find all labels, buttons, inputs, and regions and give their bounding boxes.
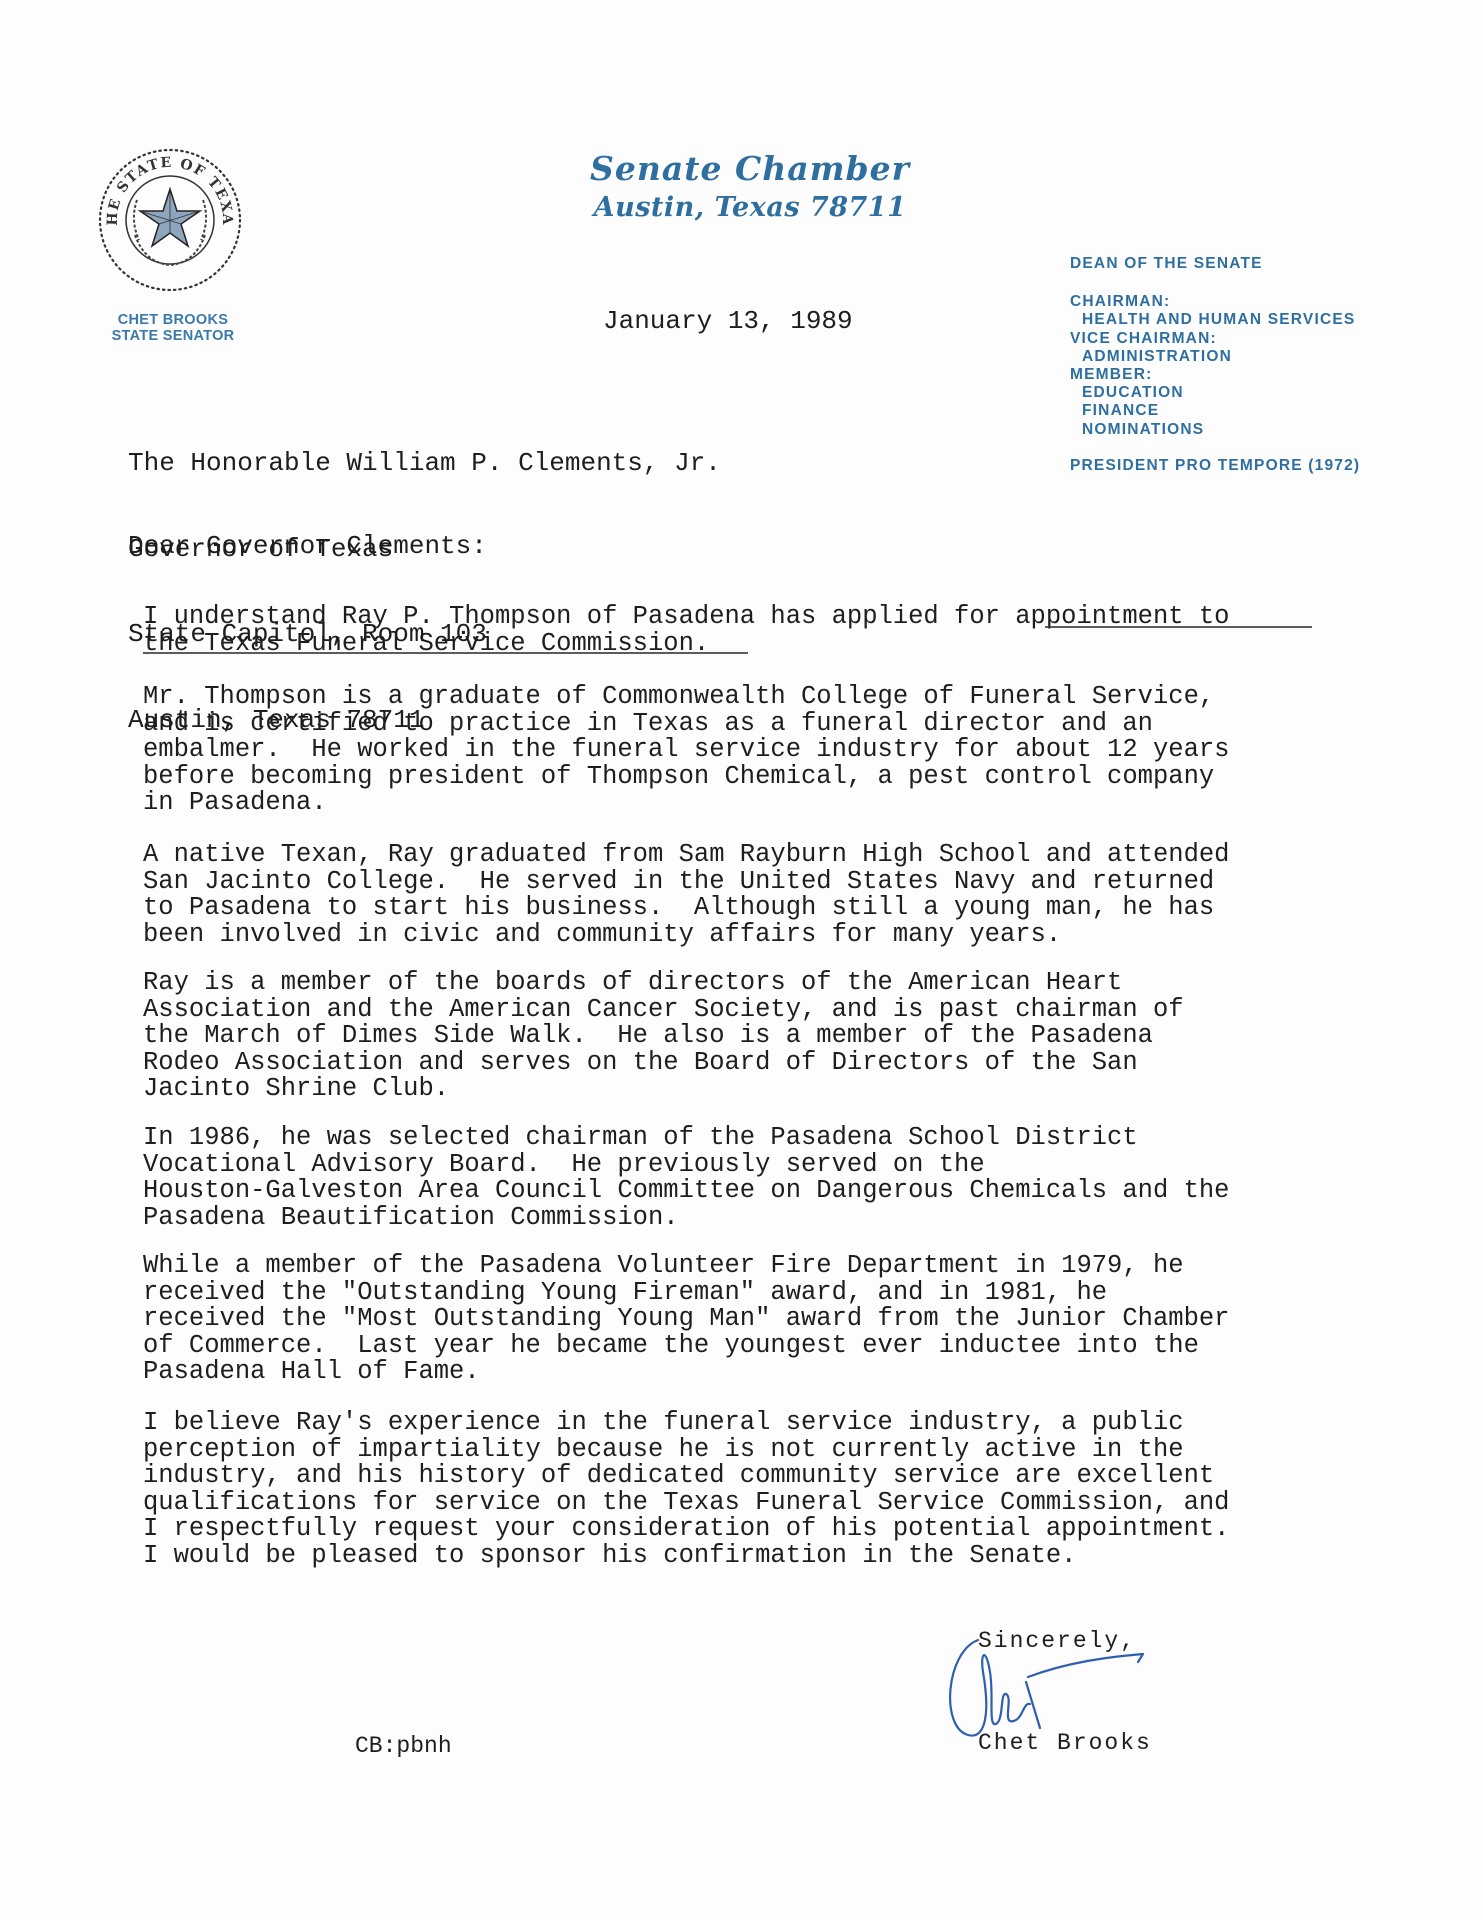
body-line: In 1986, he was selected chairman of the… <box>143 1125 1229 1152</box>
body-line: San Jacinto College. He served in the Un… <box>143 869 1229 896</box>
body-line: qualifications for service on the Texas … <box>143 1490 1229 1517</box>
member-committee: EDUCATION <box>1070 384 1360 402</box>
body-paragraph: Mr. Thompson is a graduate of Commonweal… <box>143 684 1229 817</box>
chairman-committee: HEALTH AND HUMAN SERVICES <box>1070 311 1360 329</box>
body-line: received the "Outstanding Young Fireman"… <box>143 1280 1229 1307</box>
signer-name: Chet Brooks <box>978 1730 1152 1757</box>
body-line: Ray is a member of the boards of directo… <box>143 970 1184 997</box>
member-label: MEMBER: <box>1070 366 1360 384</box>
body-line: Rodeo Association and serves on the Boar… <box>143 1050 1184 1077</box>
body-line: A native Texan, Ray graduated from Sam R… <box>143 842 1229 869</box>
body-line: Association and the American Cancer Soci… <box>143 997 1184 1024</box>
vice-chairman-label: VICE CHAIRMAN: <box>1070 330 1360 348</box>
member-committee: FINANCE <box>1070 402 1360 420</box>
body-line: Jacinto Shrine Club. <box>143 1076 1184 1103</box>
body-line: Pasadena Beautification Commission. <box>143 1205 1229 1232</box>
body-line: I believe Ray's experience in the funera… <box>143 1410 1229 1437</box>
address-line: The Honorable William P. Clements, Jr. <box>128 449 721 478</box>
reference-initials: CB:pbnh <box>355 1733 452 1760</box>
letter-page: THE STATE OF TEXAS CHET BROOKS STATE SEN… <box>0 0 1483 1920</box>
dean-title: DEAN OF THE SENATE <box>1070 255 1360 273</box>
body-paragraph: A native Texan, Ray graduated from Sam R… <box>143 842 1229 948</box>
letter-date: January 13, 1989 <box>603 308 853 335</box>
body-line: of Commerce. Last year he became the you… <box>143 1333 1229 1360</box>
body-line: While a member of the Pasadena Volunteer… <box>143 1253 1229 1280</box>
senator-roles: DEAN OF THE SENATE CHAIRMAN: HEALTH AND … <box>1070 255 1360 475</box>
body-line: before becoming president of Thompson Ch… <box>143 764 1229 791</box>
body-line: Pasadena Hall of Fame. <box>143 1359 1229 1386</box>
president-pro-tempore: PRESIDENT PRO TEMPORE (1972) <box>1070 457 1360 475</box>
body-line: in Pasadena. <box>143 790 1229 817</box>
masthead-address: Austin, Texas 78711 <box>590 190 910 226</box>
texas-seal-icon: THE STATE OF TEXAS <box>95 145 245 295</box>
body-line: Vocational Advisory Board. He previously… <box>143 1152 1229 1179</box>
member-committee: NOMINATIONS <box>1070 421 1360 439</box>
body-line: embalmer. He worked in the funeral servi… <box>143 737 1229 764</box>
vice-chairman-committee: ADMINISTRATION <box>1070 348 1360 366</box>
body-paragraph: I understand Ray P. Thompson of Pasadena… <box>143 604 1229 657</box>
body-paragraph: In 1986, he was selected chairman of the… <box>143 1125 1229 1231</box>
body-line: received the "Most Outstanding Young Man… <box>143 1306 1229 1333</box>
handwritten-underline <box>143 652 748 654</box>
body-line: and is certified to practice in Texas as… <box>143 711 1229 738</box>
body-line: perception of impartiality because he is… <box>143 1437 1229 1464</box>
senator-title: STATE SENATOR <box>88 328 258 344</box>
salutation: Dear Governor Clements: <box>128 533 487 560</box>
masthead-title: Senate Chamber <box>590 148 910 190</box>
body-line: industry, and his history of dedicated c… <box>143 1463 1229 1490</box>
body-line: Houston-Galveston Area Council Committee… <box>143 1178 1229 1205</box>
letterhead-masthead: Senate Chamber Austin, Texas 78711 <box>590 148 910 226</box>
senator-name: CHET BROOKS <box>88 312 258 328</box>
body-paragraph: I believe Ray's experience in the funera… <box>143 1410 1229 1569</box>
body-line: the March of Dimes Side Walk. He also is… <box>143 1023 1184 1050</box>
chairman-label: CHAIRMAN: <box>1070 293 1360 311</box>
body-line: I would be pleased to sponsor his confir… <box>143 1543 1229 1570</box>
body-line: I respectfully request your consideratio… <box>143 1516 1229 1543</box>
body-line: to Pasadena to start his business. Altho… <box>143 895 1229 922</box>
senator-identification: CHET BROOKS STATE SENATOR <box>88 312 258 344</box>
body-paragraph: While a member of the Pasadena Volunteer… <box>143 1253 1229 1386</box>
body-paragraph: Ray is a member of the boards of directo… <box>143 970 1184 1103</box>
body-line: been involved in civic and community aff… <box>143 922 1229 949</box>
handwritten-underline <box>1045 626 1312 628</box>
body-line: Mr. Thompson is a graduate of Commonweal… <box>143 684 1229 711</box>
